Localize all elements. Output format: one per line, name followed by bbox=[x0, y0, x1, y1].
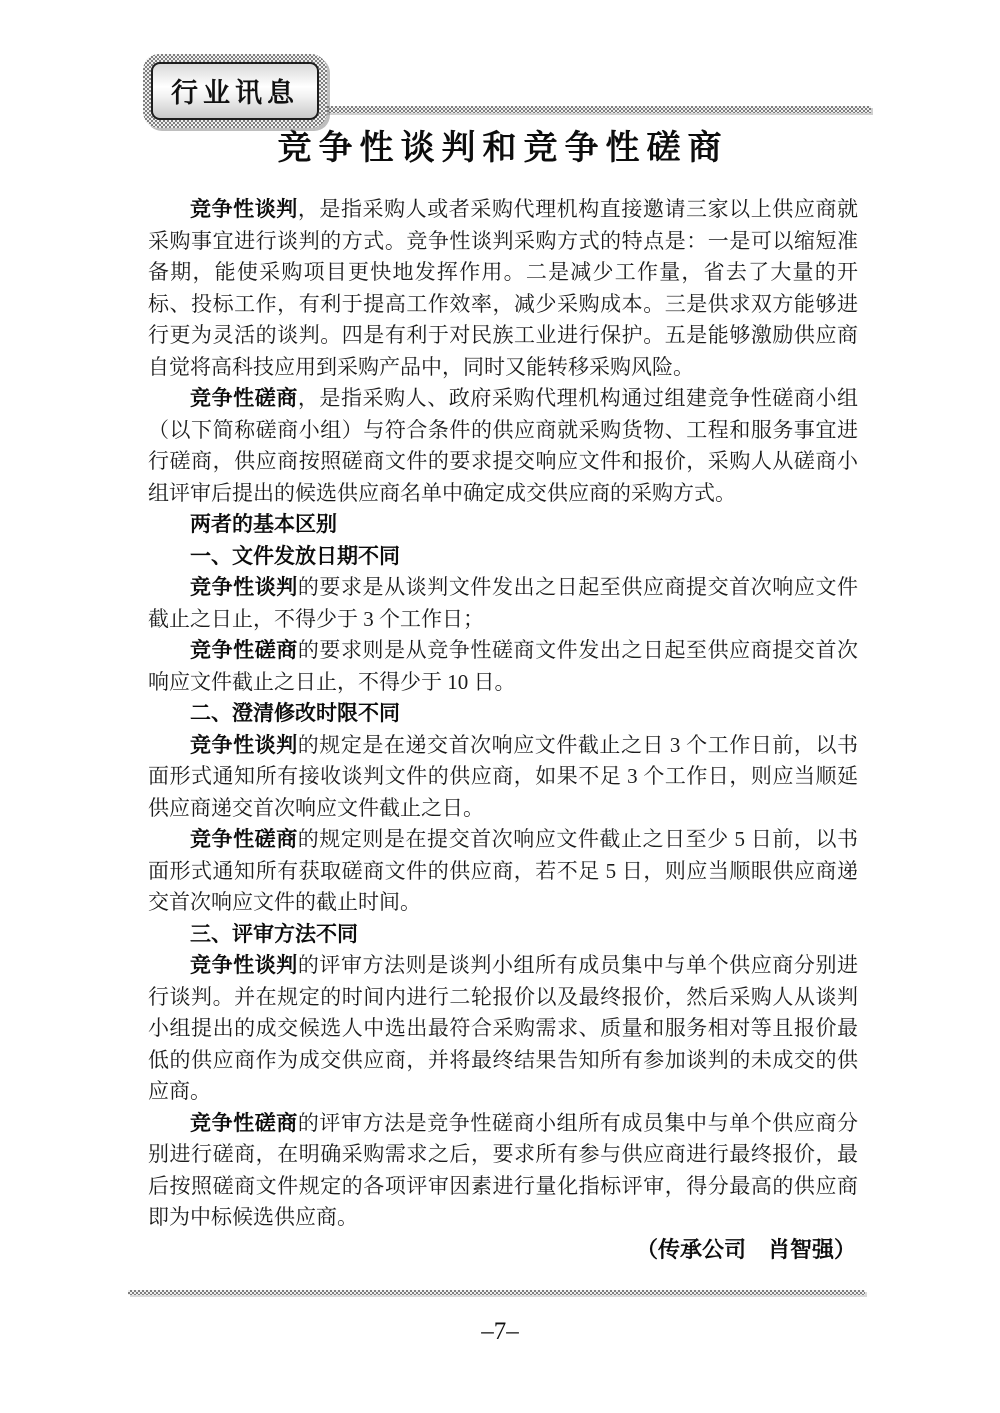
paragraph-consultation-review-method: 竞争性磋商的评审方法是竞争性磋商小组所有成员集中与单个供应商分别进行磋商，在明确… bbox=[148, 1108, 858, 1234]
author-signature: （传承公司 肖智强） bbox=[148, 1234, 858, 1266]
paragraph-consultation-clarification: 竞争性磋商的规定则是在提交首次响应文件截止之日至少 5 日前，以书面形式通知所有… bbox=[148, 824, 858, 919]
term-bold: 竞争性磋商 bbox=[190, 1112, 298, 1135]
page-title: 竞争性谈判和竞争性磋商 bbox=[148, 124, 858, 174]
heading-basic-differences: 两者的基本区别 bbox=[148, 509, 858, 541]
term-bold: 竞争性磋商 bbox=[190, 828, 298, 851]
paragraph-consultation-definition: 竞争性磋商，是指采购人、政府采购代理机构通过组建竞争性磋商小组（以下简称磋商小组… bbox=[148, 383, 858, 509]
paragraph-negotiation-issue-date: 竞争性谈判的要求是从谈判文件发出之日起至供应商提交首次响应文件截止之日止，不得少… bbox=[148, 572, 858, 635]
paragraph-negotiation-definition: 竞争性谈判，是指采购人或者采购代理机构直接邀请三家以上供应商就采购事宜进行谈判的… bbox=[148, 194, 858, 383]
footer-rule bbox=[128, 1290, 865, 1295]
page-number: –7– bbox=[0, 1318, 1000, 1346]
term-bold: 竞争性谈判 bbox=[190, 198, 298, 221]
term-bold: 竞争性磋商 bbox=[190, 639, 298, 662]
paragraph-text: ，是指采购人或者采购代理机构直接邀请三家以上供应商就采购事宜进行谈判的方式。竞争… bbox=[148, 197, 858, 379]
heading-difference-2: 二、澄清修改时限不同 bbox=[148, 698, 858, 730]
paragraph-negotiation-clarification: 竞争性谈判的规定是在递交首次响应文件截止之日 3 个工作日前，以书面形式通知所有… bbox=[148, 730, 858, 825]
term-bold: 竞争性谈判 bbox=[190, 954, 298, 977]
term-bold: 竞争性磋商 bbox=[190, 387, 298, 410]
paragraph-consultation-issue-date: 竞争性磋商的要求则是从竞争性磋商文件发出之日起至供应商提交首次响应文件截止之日止… bbox=[148, 635, 858, 698]
section-badge: 行业讯息 bbox=[143, 54, 327, 128]
document-body: 竞争性谈判和竞争性磋商 竞争性谈判，是指采购人或者采购代理机构直接邀请三家以上供… bbox=[148, 124, 858, 1265]
heading-difference-3: 三、评审方法不同 bbox=[148, 919, 858, 951]
term-bold: 竞争性谈判 bbox=[190, 576, 298, 599]
paragraph-negotiation-review-method: 竞争性谈判的评审方法则是谈判小组所有成员集中与单个供应商分别进行谈判。并在规定的… bbox=[148, 950, 858, 1108]
term-bold: 竞争性谈判 bbox=[190, 734, 298, 757]
section-badge-label: 行业讯息 bbox=[151, 62, 319, 120]
heading-difference-1: 一、文件发放日期不同 bbox=[148, 541, 858, 573]
document-page: { "header": { "badge_label": "行业讯息" }, "… bbox=[0, 0, 1000, 1413]
